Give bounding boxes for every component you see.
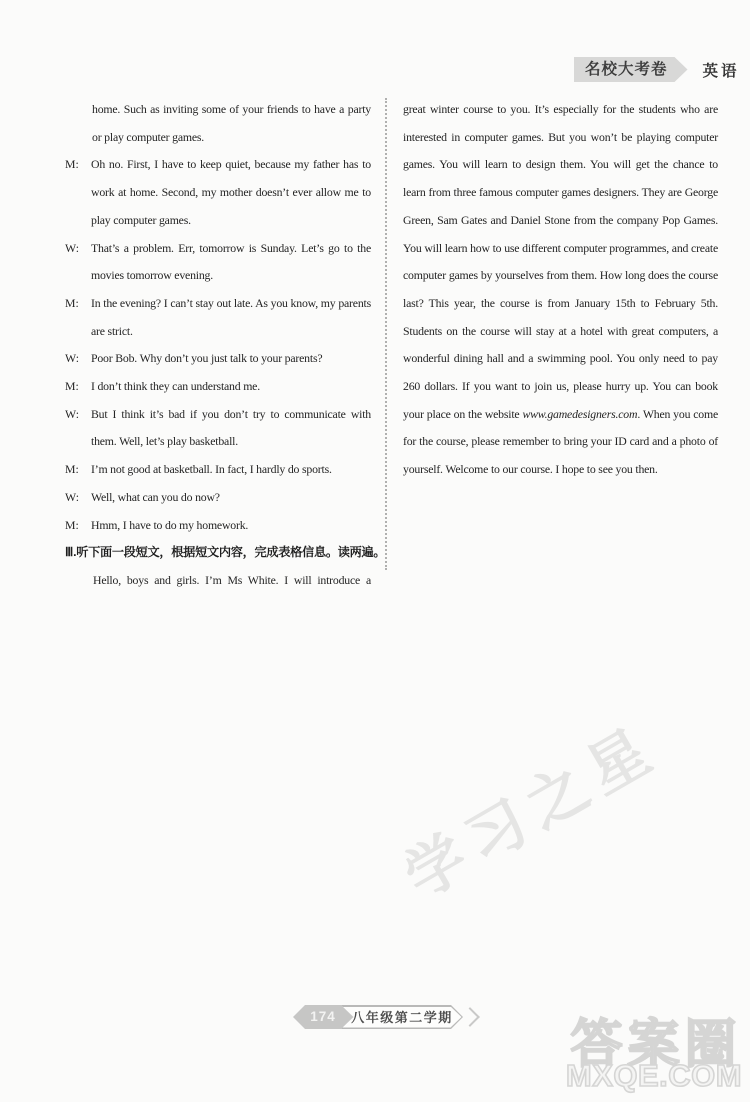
volume-label: 八年级第二学期 xyxy=(343,1007,462,1028)
dialog-turn: M:I don’t think they can understand me. xyxy=(65,373,371,401)
dialog-text: I’m not good at basketball. In fact, I h… xyxy=(91,462,332,476)
dialog-text: But I think it’s bad if you don’t try to… xyxy=(91,407,371,449)
dialog-turn: M:I’m not good at basketball. In fact, I… xyxy=(65,456,371,484)
page-header-ribbon: 名校大考卷 英语 xyxy=(574,57,740,82)
dialog-text: Well, what can you do now? xyxy=(91,490,220,504)
dialog-turn: W:Poor Bob. Why don’t you just talk to y… xyxy=(65,345,371,373)
subject-label: 英语 xyxy=(703,59,740,81)
dialog-text: In the evening? I can’t stay out late. A… xyxy=(91,296,371,338)
dialog-turn: W:But I think it’s bad if you don’t try … xyxy=(65,401,371,456)
speaker-label: M: xyxy=(65,290,91,318)
monologue-passage: great winter course to you. It’s especia… xyxy=(403,96,718,484)
series-title: 名校大考卷 xyxy=(574,57,688,82)
speaker-label: M: xyxy=(65,512,91,540)
dialog-text: Oh no. First, I have to keep quiet, beca… xyxy=(91,157,371,226)
column-divider xyxy=(385,98,387,570)
passage-text: great winter course to you. It’s especia… xyxy=(403,102,718,421)
dialog-text: That’s a problem. Err, tomorrow is Sunda… xyxy=(91,241,371,283)
volume-banner: 八年级第二学期 xyxy=(341,1005,463,1029)
speaker-label: M: xyxy=(65,456,91,484)
monologue-opening-line: Hello, boys and girls. I’m Ms White. I w… xyxy=(65,567,371,595)
section-heading: Ⅲ.听下面一段短文，根据短文内容，完成表格信息。读两遍。 xyxy=(65,539,371,567)
speaker-label: W: xyxy=(65,401,91,429)
dialog-text: Hmm, I have to do my homework. xyxy=(91,518,248,532)
dialog-text: Poor Bob. Why don’t you just talk to you… xyxy=(91,351,322,365)
right-column: great winter course to you. It’s especia… xyxy=(403,96,718,484)
diagonal-watermark: 学习之星 xyxy=(387,701,672,915)
dialog-turn: M:Hmm, I have to do my homework. xyxy=(65,512,371,540)
speaker-label: M: xyxy=(65,151,91,179)
dialog-turn: W:That’s a problem. Err, tomorrow is Sun… xyxy=(65,235,371,290)
page-number-badge: 174 xyxy=(293,1005,353,1029)
speaker-label: W: xyxy=(65,484,91,512)
transcript-continuation: home. Such as inviting some of your frie… xyxy=(92,96,371,151)
site-url-watermark: MXQE.COM xyxy=(558,1058,750,1094)
speaker-label: M: xyxy=(65,373,91,401)
dialog-turn: M:Oh no. First, I have to keep quiet, be… xyxy=(65,151,371,234)
dialog-turn: W:Well, what can you do now? xyxy=(65,484,371,512)
chevron-right-icon xyxy=(460,1007,480,1027)
speaker-label: W: xyxy=(65,235,91,263)
scanned-workbook-page: 名校大考卷 英语 home. Such as inviting some of … xyxy=(0,0,750,1102)
speaker-label: W: xyxy=(65,345,91,373)
dialog-turn: M:In the evening? I can’t stay out late.… xyxy=(65,290,371,345)
dialog-text: I don’t think they can understand me. xyxy=(91,379,260,393)
website-url: www.gamedesigners.com xyxy=(522,407,637,421)
left-column: home. Such as inviting some of your frie… xyxy=(65,96,371,595)
page-number-ribbon: 174 八年级第二学期 xyxy=(293,1005,483,1029)
